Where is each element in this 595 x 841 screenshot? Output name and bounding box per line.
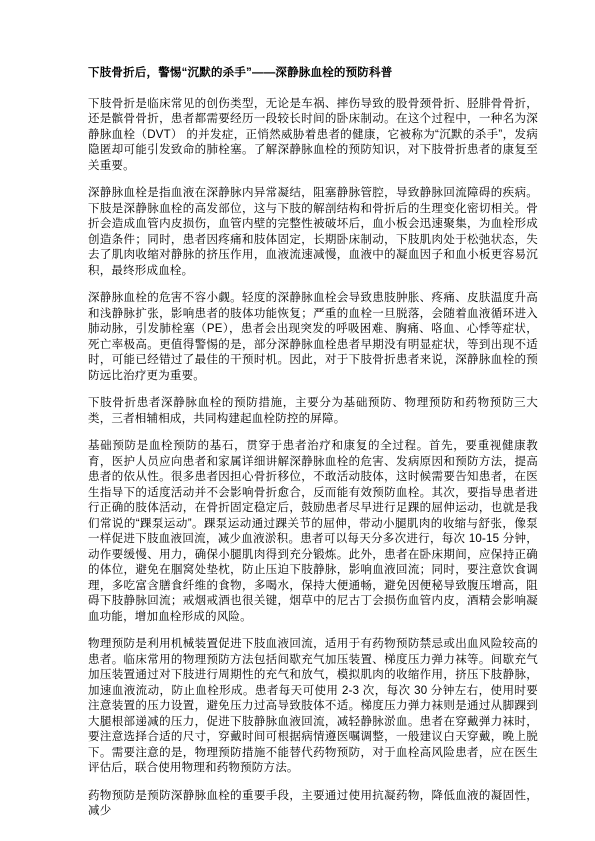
document-title: 下肢骨折后，警惕“沉默的杀手”——深静脉血栓的预防科普 xyxy=(88,66,538,82)
paragraph-physical-prevention: 物理预防是利用机械装置促进下肢血液回流，适用于有药物预防禁忌或出血风险较高的患者… xyxy=(88,637,538,777)
paragraph-intro: 下肢骨折是临床常见的创伤类型，无论是车祸、摔伤导致的股骨颈骨折、胫腓骨骨折，还是… xyxy=(88,97,538,175)
paragraph-drug-prevention: 药物预防是预防深静脉血栓的重要手段，主要通过使用抗凝药物，降低血液的凝固性，减少 xyxy=(88,789,538,820)
paragraph-prevention-overview: 下肢骨折患者深静脉血栓的预防措施，主要分为基础预防、物理预防和药物预防三大类，三… xyxy=(88,396,538,427)
paragraph-harm: 深静脉血栓的危害不容小觑。轻度的深静脉血栓会导致患肢肿胀、疼痛、皮肤温度升高和浅… xyxy=(88,291,538,384)
paragraph-basic-prevention: 基础预防是血栓预防的基石，贯穿于患者治疗和康复的全过程。首先，要重视健康教育，医… xyxy=(88,439,538,625)
document-page: 下肢骨折后，警惕“沉默的杀手”——深静脉血栓的预防科普 下肢骨折是临床常见的创伤… xyxy=(0,0,595,841)
paragraph-definition: 深静脉血栓是指血液在深静脉内异常凝结，阻塞静脉管腔，导致静脉回流障碍的疾病。下肢… xyxy=(88,186,538,279)
document-content: 下肢骨折后，警惕“沉默的杀手”——深静脉血栓的预防科普 下肢骨折是临床常见的创伤… xyxy=(88,66,538,820)
